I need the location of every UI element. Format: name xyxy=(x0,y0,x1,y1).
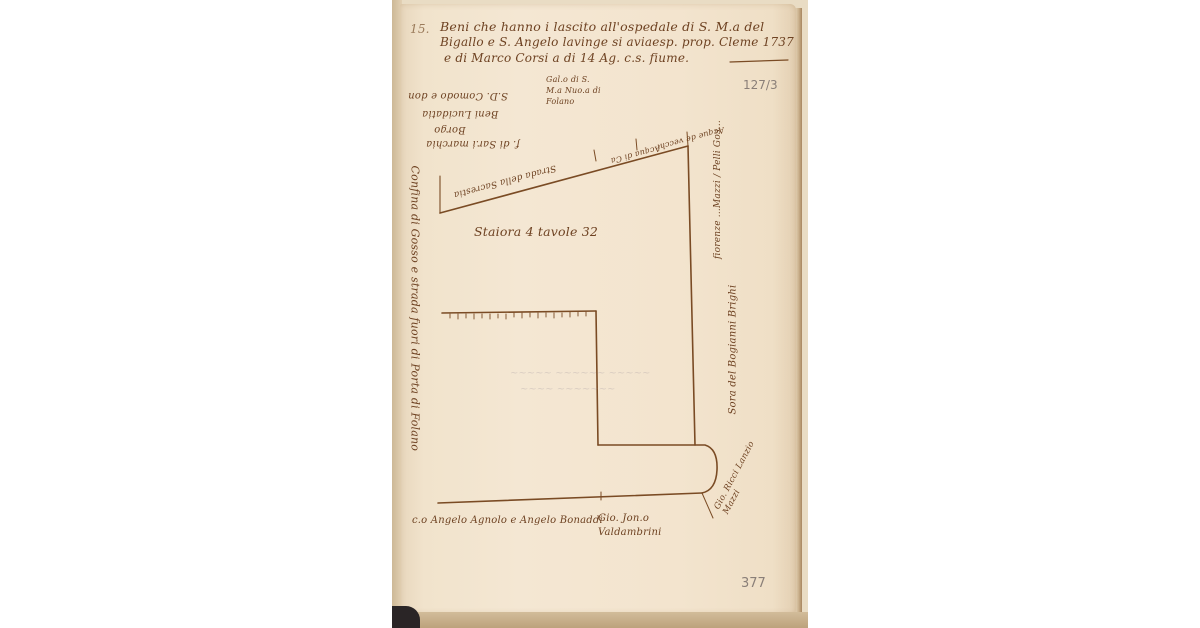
page-bottom-edge xyxy=(402,612,808,628)
bottom-boundary-line xyxy=(438,493,702,503)
binding-shadow xyxy=(392,606,420,628)
right-boundary-line xyxy=(688,146,695,445)
manuscript-page: 15. Beni che hanno i lascito all'ospedal… xyxy=(400,4,796,614)
top-boundary-line xyxy=(440,146,688,213)
property-plan-drawing xyxy=(400,4,796,614)
show-through-ink: ~~~~~ ~~~~~~ ~~~~~ xyxy=(510,368,650,379)
middle-hatched-line xyxy=(442,311,596,313)
show-through-ink-2: ~~~~ ~~~~~~~ xyxy=(520,384,615,395)
rounded-corner-boundary xyxy=(598,445,717,493)
manuscript-scan: 15. Beni che hanno i lascito all'ospedal… xyxy=(392,0,808,628)
